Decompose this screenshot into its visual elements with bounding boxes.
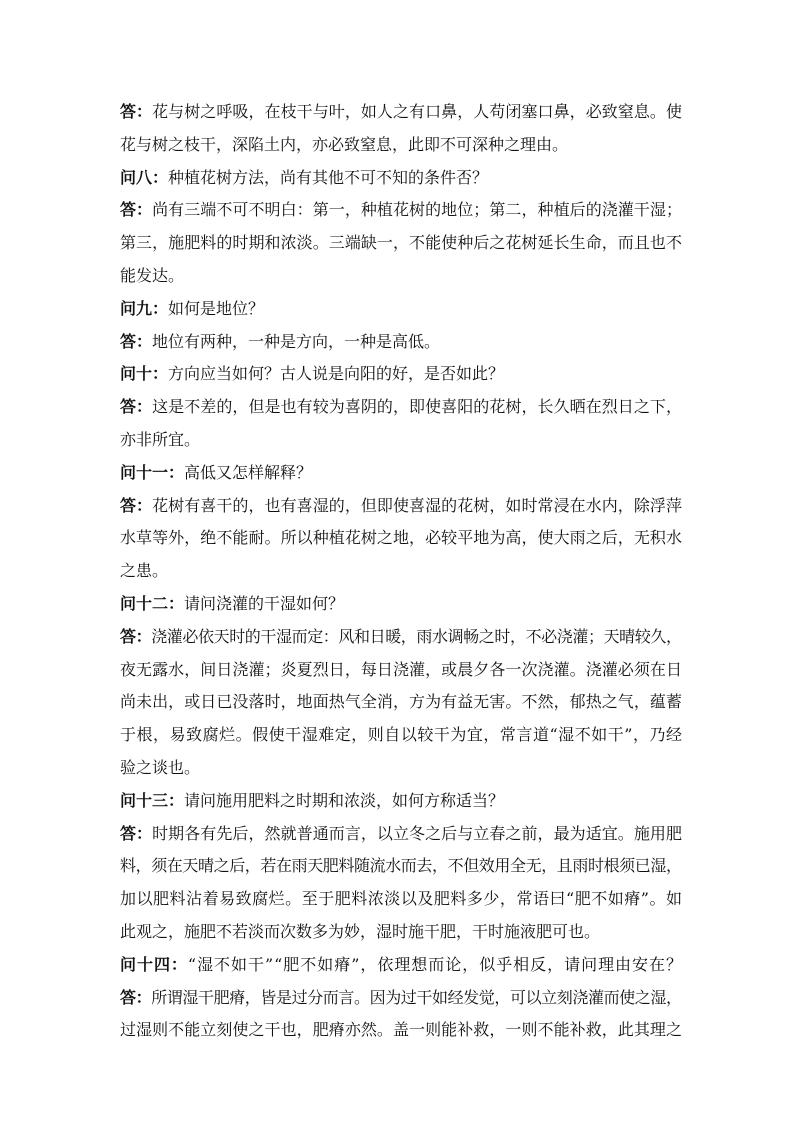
line-text: 加以肥料沾着易致腐烂。至于肥料浓淡以及肥料多少，常语曰“肥不如瘠”。如	[120, 889, 683, 908]
question-label: 问十一：	[120, 463, 184, 482]
answer-label: 答：	[120, 397, 152, 416]
answer-line: 答：尚有三端不可不明白：第一，种植花树的地位；第二，种植后的浇灌干湿；	[120, 194, 682, 227]
answer-label: 答：	[120, 496, 152, 515]
question-label: 问十三：	[120, 791, 184, 810]
line-text: 方向应当如何？古人说是向阳的好，是否如此？	[168, 364, 504, 383]
text-line: 加以肥料沾着易致腐烂。至于肥料浓淡以及肥料多少，常语曰“肥不如瘠”。如	[120, 883, 682, 916]
answer-label: 答：	[120, 102, 152, 121]
text-line: 能发达。	[120, 260, 682, 293]
answer-line: 答：所谓湿干肥瘠，皆是过分而言。因为过干如经发觉，可以立刻浇灌而使之湿，	[120, 982, 682, 1015]
question-line: 问十一：高低又怎样解释？	[120, 457, 682, 490]
answer-label: 答：	[120, 332, 152, 351]
text-line: 此观之，施肥不若淡而次数多为妙，湿时施干肥，干时施液肥可也。	[120, 916, 682, 949]
answer-line: 答：地位有两种，一种是方向，一种是高低。	[120, 326, 682, 359]
text-line: 过湿则不能立刻使之干也，肥瘠亦然。盖一则能补救，一则不能补救，此其理之	[120, 1014, 682, 1047]
text-line: 夜无露水，间日浇灌；炎夏烈日，每日浇灌，或晨夕各一次浇灌。浇灌必须在日	[120, 654, 682, 687]
question-line: 问十三：请问施用肥料之时期和浓淡，如何方称适当？	[120, 785, 682, 818]
answer-line: 答：时期各有先后，然就普通而言，以立冬之后与立春之前，最为适宜。施用肥	[120, 818, 682, 851]
text-line: 尚未出，或日已没落时，地面热气全消，方为有益无害。不然，郁热之气，蕴蓄	[120, 686, 682, 719]
line-text: 夜无露水，间日浇灌；炎夏烈日，每日浇灌，或晨夕各一次浇灌。浇灌必须在日	[120, 660, 682, 679]
document-page: 答：花与树之呼吸，在枝干与叶，如人之有口鼻，人苟闭塞口鼻，必致窒息。使花与树之枝…	[120, 96, 682, 1047]
answer-label: 答：	[120, 988, 151, 1007]
line-text: 之患。	[120, 561, 168, 580]
question-label: 问十四：	[120, 955, 188, 974]
answer-line: 答：花树有喜干的，也有喜湿的，但即使喜湿的花树，如时常浸在水内，除浮萍	[120, 490, 682, 523]
question-line: 问十二：请问浇灌的干湿如何？	[120, 588, 682, 621]
line-text: 请问浇灌的干湿如何？	[184, 594, 344, 613]
line-text: 浇灌必依天时的干湿而定：风和日暖，雨水调畅之时，不必浇灌；天晴较久，	[151, 627, 681, 646]
line-text: 高低又怎样解释？	[184, 463, 312, 482]
question-line: 问十：方向应当如何？古人说是向阳的好，是否如此？	[120, 358, 682, 391]
line-text: 此观之，施肥不若淡而次数多为妙，湿时施干肥，干时施液肥可也。	[120, 922, 600, 941]
line-text: 于根，易致腐烂。假使干湿难定，则自以较干为宜，常言道“湿不如干”，乃经	[120, 725, 683, 744]
line-text: 时期各有先后，然就普通而言，以立冬之后与立春之前，最为适宜。施用肥	[152, 824, 682, 843]
text-line: 料，须在天晴之后，若在雨天肥料随流水而去，不但效用全无，且雨时根须已湿，	[120, 850, 682, 883]
text-line: 之患。	[120, 555, 682, 588]
line-text: 第三，施肥料的时期和浓淡。三端缺一，不能使种后之花树延长生命，而且也不	[120, 233, 682, 252]
answer-label: 答：	[120, 200, 152, 219]
line-text: “湿不如干”“肥不如瘠”，依理想而论，似乎相反，请问理由安在？	[188, 955, 683, 974]
line-text: 水草等外，绝不能耐。所以种植花树之地，必较平地为高，使大雨之后，无积水	[120, 528, 682, 547]
answer-line: 答：浇灌必依天时的干湿而定：风和日暖，雨水调畅之时，不必浇灌；天晴较久，	[120, 621, 682, 654]
line-text: 过湿则不能立刻使之干也，肥瘠亦然。盖一则能补救，一则不能补救，此其理之	[120, 1020, 682, 1039]
line-text: 验之谈也。	[120, 758, 200, 777]
question-label: 问九：	[120, 299, 168, 318]
line-text: 所谓湿干肥瘠，皆是过分而言。因为过干如经发觉，可以立刻浇灌而使之湿，	[151, 988, 681, 1007]
line-text: 这是不差的，但是也有较为喜阴的，即使喜阳的花树，长久晒在烈日之下，	[152, 397, 682, 416]
question-line: 问九：如何是地位？	[120, 293, 682, 326]
answer-label: 答：	[120, 627, 151, 646]
line-text: 尚未出，或日已没落时，地面热气全消，方为有益无害。不然，郁热之气，蕴蓄	[120, 692, 682, 711]
line-text: 花树有喜干的，也有喜湿的，但即使喜湿的花树，如时常浸在水内，除浮萍	[152, 496, 682, 515]
answer-line: 答：这是不差的，但是也有较为喜阴的，即使喜阳的花树，长久晒在烈日之下，	[120, 391, 682, 424]
question-label: 问十：	[120, 364, 168, 383]
question-line: 问十四：“湿不如干”“肥不如瘠”，依理想而论，似乎相反，请问理由安在？	[120, 949, 682, 982]
text-line: 花与树之枝干，深陷土内，亦必致窒息，此即不可深种之理由。	[120, 129, 682, 162]
question-label: 问八：	[120, 168, 168, 187]
line-text: 料，须在天晴之后，若在雨天肥料随流水而去，不但效用全无，且雨时根须已湿，	[120, 856, 682, 875]
line-text: 花与树之枝干，深陷土内，亦必致窒息，此即不可深种之理由。	[120, 135, 568, 154]
line-text: 请问施用肥料之时期和浓淡，如何方称适当？	[184, 791, 504, 810]
question-label: 问十二：	[120, 594, 184, 613]
text-line: 验之谈也。	[120, 752, 682, 785]
line-text: 亦非所宜。	[120, 430, 200, 449]
line-text: 地位有两种，一种是方向，一种是高低。	[152, 332, 440, 351]
line-text: 能发达。	[120, 266, 184, 285]
answer-line: 答：花与树之呼吸，在枝干与叶，如人之有口鼻，人苟闭塞口鼻，必致窒息。使	[120, 96, 682, 129]
text-line: 于根，易致腐烂。假使干湿难定，则自以较干为宜，常言道“湿不如干”，乃经	[120, 719, 682, 752]
question-line: 问八：种植花树方法，尚有其他不可不知的条件否？	[120, 162, 682, 195]
line-text: 如何是地位？	[168, 299, 264, 318]
line-text: 尚有三端不可不明白：第一，种植花树的地位；第二，种植后的浇灌干湿；	[152, 200, 682, 219]
answer-label: 答：	[120, 824, 152, 843]
text-line: 第三，施肥料的时期和浓淡。三端缺一，不能使种后之花树延长生命，而且也不	[120, 227, 682, 260]
text-line: 水草等外，绝不能耐。所以种植花树之地，必较平地为高，使大雨之后，无积水	[120, 522, 682, 555]
text-line: 亦非所宜。	[120, 424, 682, 457]
line-text: 种植花树方法，尚有其他不可不知的条件否？	[168, 168, 488, 187]
line-text: 花与树之呼吸，在枝干与叶，如人之有口鼻，人苟闭塞口鼻，必致窒息。使	[152, 102, 682, 121]
